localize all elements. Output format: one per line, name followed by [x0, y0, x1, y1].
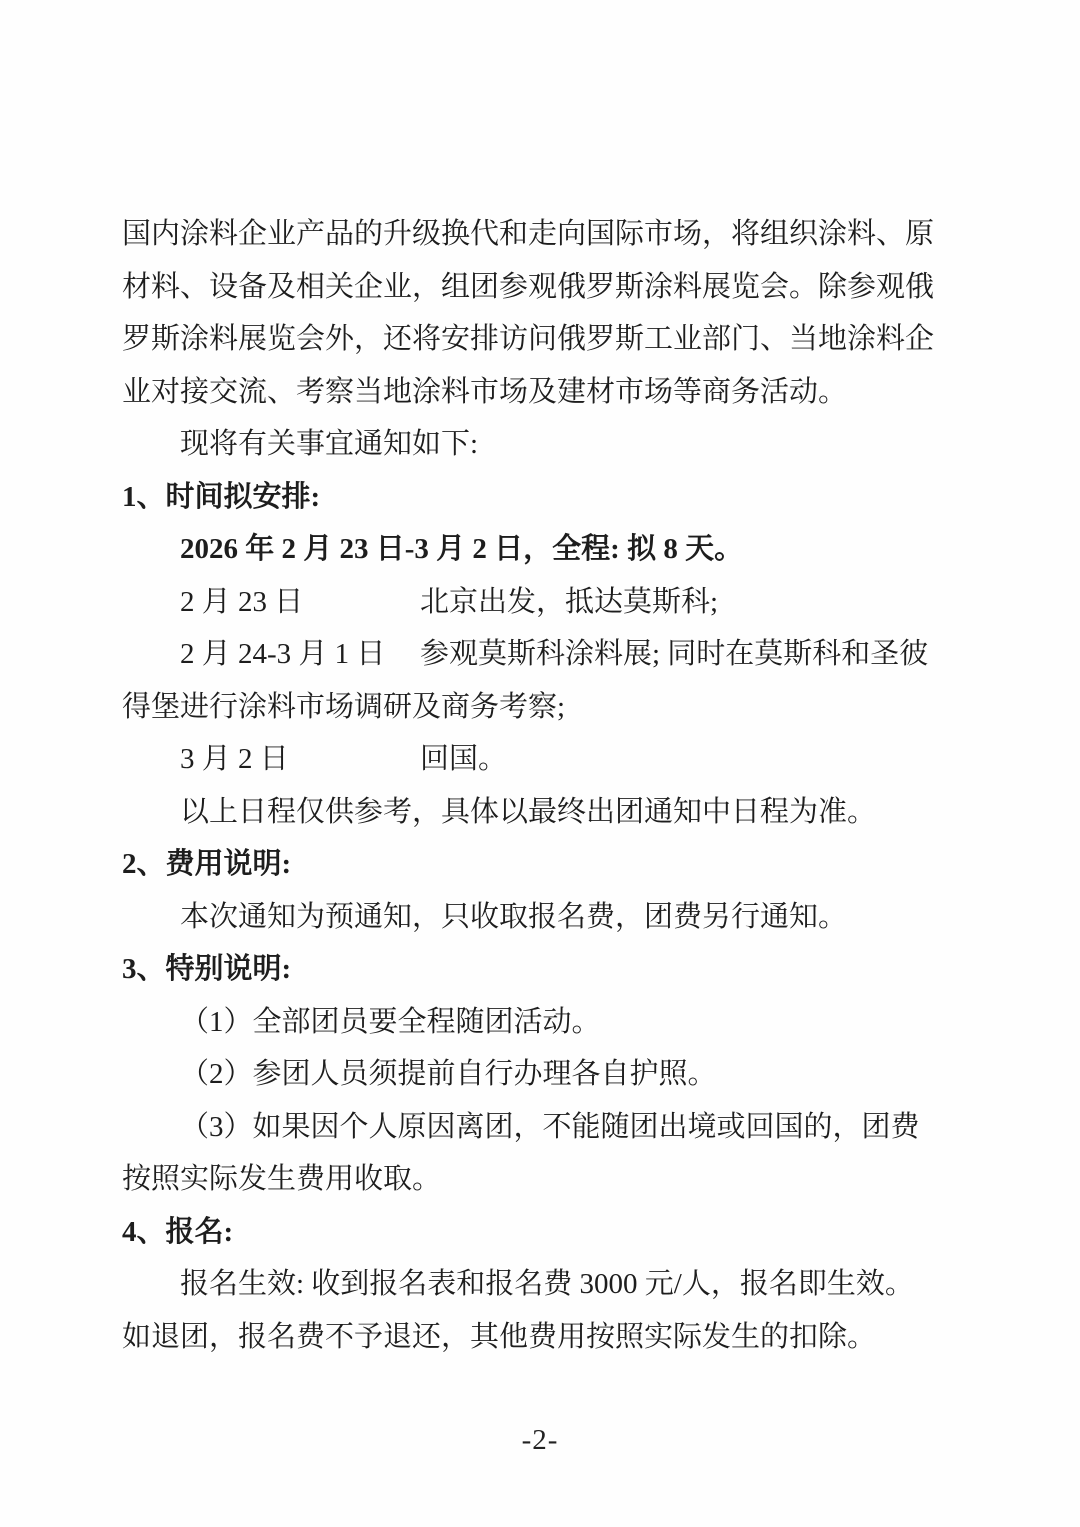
- section-heading-3-special-notes: 3、特别说明:: [122, 943, 967, 996]
- text-segment: 罗斯涂料展览会外，还将安排访问俄罗斯工业部门、当地涂料企: [122, 323, 934, 355]
- page-number: -2-: [0, 1424, 1080, 1457]
- schedule-date-column: 2 月 24-3 月 1 日: [180, 628, 420, 681]
- text-segment: 报名生效: 收到报名表和报名费 3000 元/人，报名即生效。: [180, 1268, 914, 1300]
- special-note-3-line-1: （3）如果因个人原因离团，不能随团出境或回国的，团费: [122, 1101, 967, 1154]
- registration-body-line-1: 报名生效: 收到报名表和报名费 3000 元/人，报名即生效。: [122, 1258, 967, 1311]
- text-segment: 本次通知为预通知，只收取报名费，团费另行通知。: [180, 901, 847, 933]
- schedule-overall-dates: 2026 年 2 月 23 日-3 月 2 日，全程: 拟 8 天。: [122, 523, 967, 576]
- schedule-date-column: 3 月 2 日: [180, 733, 420, 786]
- text-segment: 北京出发，抵达莫斯科;: [420, 586, 718, 618]
- paragraph-notice-lead: 现将有关事宜通知如下:: [122, 418, 967, 471]
- document-page: 国内涂料企业产品的升级换代和走向国际市场，将组织涂料、原材料、设备及相关企业，组…: [0, 0, 1080, 1527]
- paragraph-intro-line-2: 材料、设备及相关企业，组团参观俄罗斯涂料展览会。除参观俄: [122, 261, 967, 314]
- text-segment: 以上日程仅供参考，具体以最终出团通知中日程为准。: [180, 796, 876, 828]
- text-segment: （3）如果因个人原因离团，不能随团出境或回国的，团费: [180, 1111, 920, 1143]
- text-segment: 按照实际发生费用收取。: [122, 1163, 441, 1195]
- paragraph-intro-line-4: 业对接交流、考察当地涂料市场及建材市场等商务活动。: [122, 366, 967, 419]
- section-heading-1-schedule: 1、时间拟安排:: [122, 471, 967, 524]
- text-segment: 现将有关事宜通知如下:: [180, 428, 478, 460]
- schedule-disclaimer: 以上日程仅供参考，具体以最终出团通知中日程为准。: [122, 786, 967, 839]
- text-segment: 参观莫斯科涂料展; 同时在莫斯科和圣彼: [420, 638, 928, 670]
- schedule-item-mar2: 3 月 2 日回国。: [122, 733, 967, 786]
- text-segment: 得堡进行涂料市场调研及商务考察;: [122, 691, 565, 723]
- schedule-item-feb24-mar1-cont: 得堡进行涂料市场调研及商务考察;: [122, 681, 967, 734]
- section-heading-2-fees: 2、费用说明:: [122, 838, 967, 891]
- text-segment: 4、报名:: [122, 1216, 233, 1248]
- text-segment: （2）参团人员须提前自行办理各自护照。: [180, 1058, 717, 1090]
- schedule-item-feb23: 2 月 23 日北京出发，抵达莫斯科;: [122, 576, 967, 629]
- text-segment: （1）全部团员要全程随团活动。: [180, 1006, 601, 1038]
- special-note-3-line-2: 按照实际发生费用收取。: [122, 1153, 967, 1206]
- text-segment: 1、时间拟安排:: [122, 481, 320, 513]
- text-segment: 2026 年 2 月 23 日-3 月 2 日，全程: 拟 8 天。: [180, 533, 743, 565]
- paragraph-intro-line-1: 国内涂料企业产品的升级换代和走向国际市场，将组织涂料、原: [122, 208, 967, 261]
- text-segment: 业对接交流、考察当地涂料市场及建材市场等商务活动。: [122, 376, 847, 408]
- text-segment: 3、特别说明:: [122, 953, 291, 985]
- text-segment: 如退团，报名费不予退还，其他费用按照实际发生的扣除。: [122, 1321, 876, 1353]
- document-body: 国内涂料企业产品的升级换代和走向国际市场，将组织涂料、原材料、设备及相关企业，组…: [122, 208, 967, 1363]
- text-segment: 2、费用说明:: [122, 848, 291, 880]
- schedule-date-column: 2 月 23 日: [180, 576, 420, 629]
- text-segment: 回国。: [420, 743, 507, 775]
- fees-body: 本次通知为预通知，只收取报名费，团费另行通知。: [122, 891, 967, 944]
- text-segment: 材料、设备及相关企业，组团参观俄罗斯涂料展览会。除参观俄: [122, 271, 934, 303]
- schedule-item-feb24-mar1: 2 月 24-3 月 1 日参观莫斯科涂料展; 同时在莫斯科和圣彼: [122, 628, 967, 681]
- paragraph-intro-line-3: 罗斯涂料展览会外，还将安排访问俄罗斯工业部门、当地涂料企: [122, 313, 967, 366]
- text-segment: 国内涂料企业产品的升级换代和走向国际市场，将组织涂料、原: [122, 218, 934, 250]
- special-note-1: （1）全部团员要全程随团活动。: [122, 996, 967, 1049]
- registration-body-line-2: 如退团，报名费不予退还，其他费用按照实际发生的扣除。: [122, 1311, 967, 1364]
- special-note-2: （2）参团人员须提前自行办理各自护照。: [122, 1048, 967, 1101]
- section-heading-4-registration: 4、报名:: [122, 1206, 967, 1259]
